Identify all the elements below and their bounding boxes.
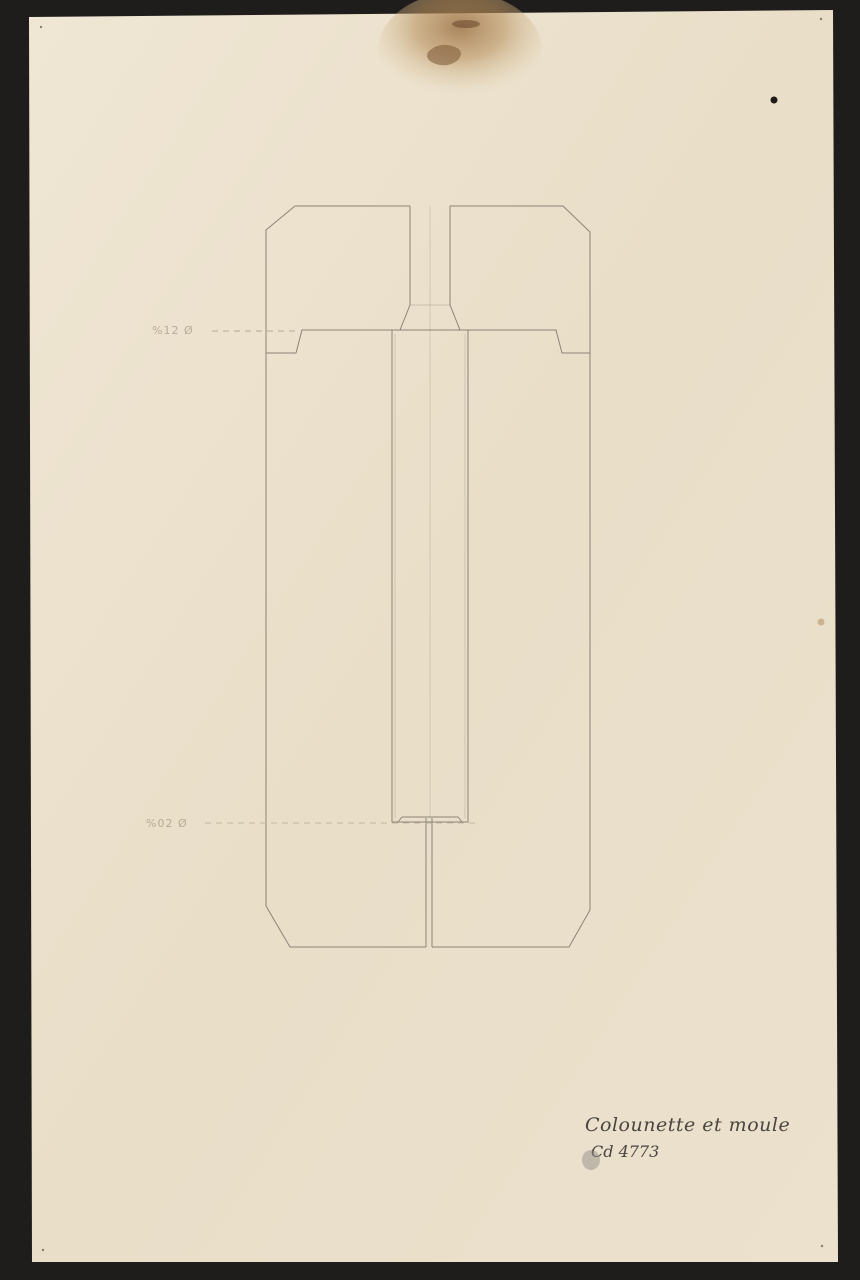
drawing-canvas bbox=[0, 0, 860, 1280]
corner-dot-bottom-right bbox=[821, 1245, 823, 1247]
caption-title: Colounette et moule bbox=[585, 1114, 790, 1136]
ink-smudge bbox=[582, 1150, 600, 1170]
stain-edge bbox=[452, 20, 480, 28]
caption-reference: Cd 4773 bbox=[585, 1142, 790, 1161]
corner-dot-bottom-left bbox=[42, 1249, 44, 1251]
caption-block: Colounette et moule Cd 4773 bbox=[585, 1114, 790, 1161]
dimension-label-bottom: %02 Ø bbox=[146, 817, 188, 830]
corner-dot-top-right bbox=[820, 18, 822, 20]
document-sheet: %12 Ø %02 Ø Colounette et moule Cd 4773 bbox=[0, 0, 860, 1280]
dimension-label-top: %12 Ø bbox=[152, 324, 194, 337]
punch-hole bbox=[771, 97, 778, 104]
corner-dot-top-left bbox=[40, 26, 42, 28]
paper bbox=[29, 10, 838, 1262]
small-spot bbox=[818, 619, 825, 626]
